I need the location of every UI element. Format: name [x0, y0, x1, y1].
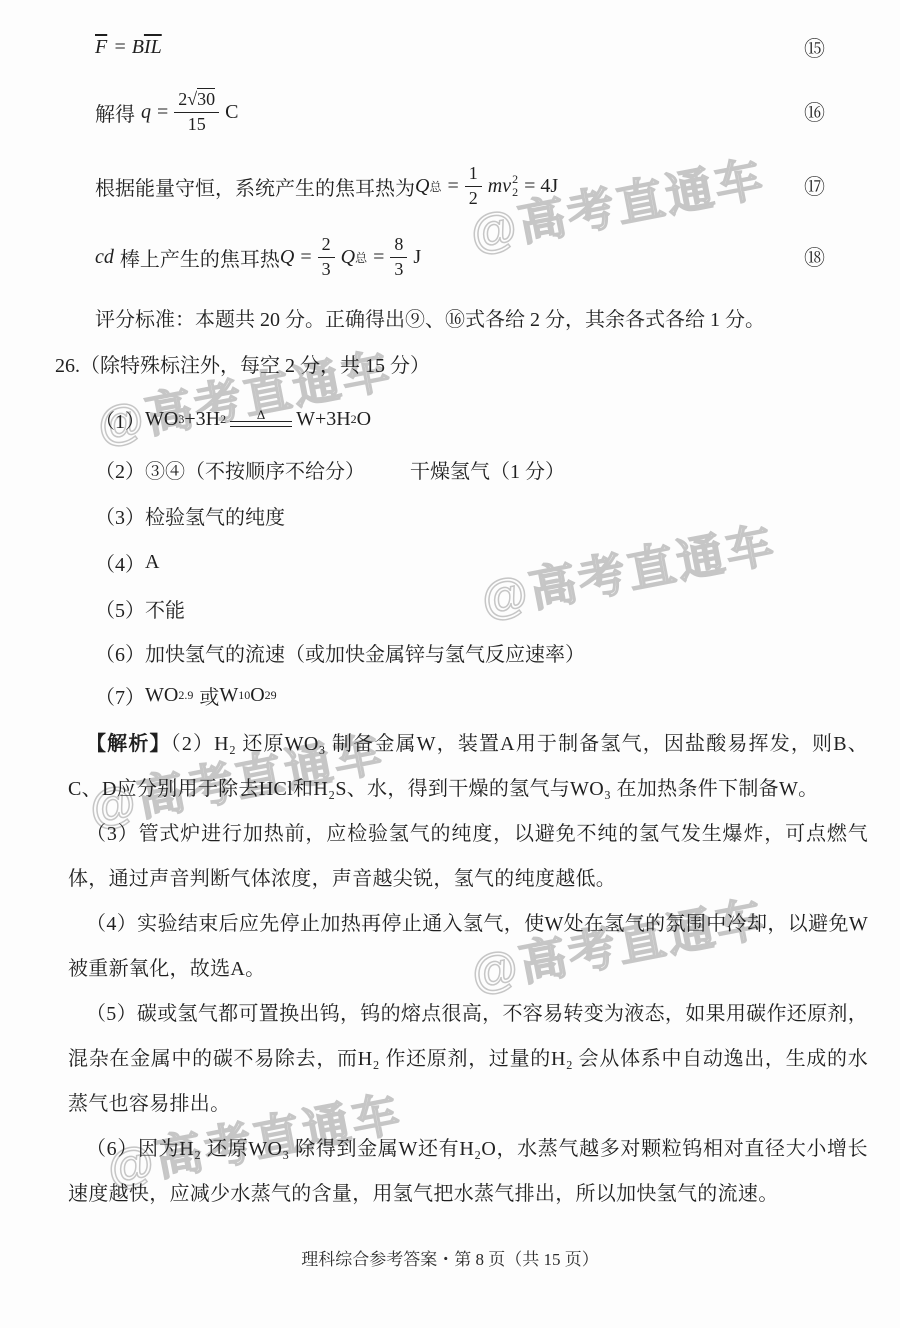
fraction-numerator: 2√30 — [174, 89, 219, 113]
fraction: 8 3 — [390, 234, 407, 280]
answer-note: 干燥氢气（1 分） — [410, 455, 565, 484]
analysis-label: 【解析】 — [86, 733, 171, 755]
formula-symbol: IL — [144, 36, 162, 59]
subscript: 2.9 — [178, 688, 193, 703]
unit-label: C — [225, 101, 238, 124]
analysis-section: 【解析】（2）H₂ 还原WO₃ 制备金属W，装置A用于制备氢气，因盐酸易挥发，则… — [68, 722, 868, 1217]
subscript: 2 — [220, 412, 226, 427]
chem-formula: W — [219, 684, 238, 707]
answer-text: 加快氢气的流速（或加快金属锌与氢气反应速率） — [145, 638, 585, 667]
answer-text: 不能 — [145, 594, 185, 623]
radicand: 30 — [197, 88, 215, 109]
analysis-text: （2）H₂ 还原WO₃ 制备金属W，装置A用于制备氢气，因盐酸易挥发，则B、C、… — [68, 733, 868, 800]
fraction-denominator: 3 — [318, 258, 335, 281]
formula-line-17: 根据能量守恒，系统产生的焦耳热为 Q总 = 1 2 mv 2 2 = 4J ⑰ — [95, 162, 825, 210]
scoring-text: 评分标准：本题共 20 分。正确得出⑨、⑯式各给 2 分，其余各式各给 1 分。 — [95, 303, 765, 332]
answer-line-3: （3） 检验氢气的纯度 — [95, 501, 855, 530]
analysis-paragraph: （4）实验结束后应先停止加热再停止通入氢气，使W处在氢气的氛围中冷却，以避免W被… — [68, 902, 868, 992]
answer-label: （2） — [95, 455, 145, 484]
subscript: 10 — [238, 688, 250, 703]
answer-line-6: （6） 加快氢气的流速（或加快金属锌与氢气反应速率） — [95, 638, 855, 667]
formula-symbol: cd — [95, 246, 114, 269]
formula-text: 棒上产生的焦耳热 — [120, 243, 280, 272]
fraction-denominator: 15 — [184, 113, 210, 136]
formula-line-18: cd 棒上产生的焦耳热 Q = 2 3 Q总 = 8 3 J ⑱ — [95, 228, 825, 286]
formula-line-15: F = B IL ⑮ — [95, 36, 825, 59]
sub-superscript: 2 2 — [512, 173, 518, 198]
subscript: 29 — [265, 688, 277, 703]
answer-sheet-page: @高考直通车 @高考直通车 @高考直通车 @高考直通车 @高考直通车 @高考直通… — [0, 0, 900, 1328]
subscript: 2 — [512, 186, 518, 199]
delta-symbol: Δ — [257, 408, 265, 421]
chem-formula: O — [250, 684, 264, 707]
answer-label: （7） — [95, 681, 145, 710]
answer-line-5: （5） 不能 — [95, 594, 855, 623]
equation-number: ⑯ — [804, 97, 825, 127]
answer-label: （3） — [95, 501, 145, 530]
answer-label: （1） — [95, 405, 145, 434]
question-26-header: 26.（除特殊标注外，每空 2 分，共 15 分） — [55, 349, 430, 378]
answer-line-7: （7） WO2.9 或 W10O29 — [95, 681, 855, 710]
fraction-denominator: 3 — [390, 258, 407, 281]
fraction-denominator: 2 — [465, 187, 482, 210]
fraction-numerator: 1 — [465, 163, 482, 187]
fraction-numerator: 2 — [318, 234, 335, 258]
reaction-equals-line — [230, 421, 292, 427]
subscript: 总 — [355, 249, 367, 266]
analysis-paragraph: （5）碳或氢气都可置换出钨，钨的熔点很高，不容易转变为液态，如果用碳作还原剂，混… — [68, 992, 868, 1127]
scoring-standard: 评分标准：本题共 20 分。正确得出⑨、⑯式各给 2 分，其余各式各给 1 分。 — [95, 303, 825, 332]
chem-formula: +3H — [184, 408, 220, 431]
page-footer: 理科综合参考答案・第 8 页（共 15 页） — [0, 1245, 900, 1270]
equals-sign: = — [157, 101, 168, 124]
answer-text: ③④（不按顺序不给分） — [145, 455, 365, 484]
answer-label: （6） — [95, 638, 145, 667]
formula-symbol: = B — [113, 36, 144, 59]
unit-label: J — [413, 246, 421, 269]
formula-symbol: q — [141, 101, 151, 124]
subscript: 总 — [429, 178, 441, 195]
chem-formula: W+3H — [296, 408, 351, 431]
formula-text: 根据能量守恒，系统产生的焦耳热为 — [95, 172, 415, 201]
analysis-paragraph: （6）因为H₂ 还原WO₃ 除得到金属W还有H₂O，水蒸气越多对颗粒钨相对直径大… — [68, 1127, 868, 1217]
fraction: 2√30 15 — [174, 89, 219, 135]
chem-formula: WO — [145, 408, 178, 431]
formula-text: 解得 — [95, 98, 135, 127]
equals-sign: = — [447, 175, 458, 198]
chem-formula: O — [357, 408, 371, 431]
analysis-paragraph: 【解析】（2）H₂ 还原WO₃ 制备金属W，装置A用于制备氢气，因盐酸易挥发，则… — [68, 722, 868, 812]
radical-coefficient: 2√ — [178, 89, 197, 109]
answer-text: 检验氢气的纯度 — [145, 501, 285, 530]
fraction-numerator: 8 — [390, 234, 407, 258]
formula-symbol: Q — [341, 246, 355, 269]
equation-number: ⑱ — [804, 242, 825, 272]
answer-text: 或 — [199, 681, 219, 710]
formula-result: = 4J — [524, 175, 558, 198]
answer-line-2: （2） ③④（不按顺序不给分） 干燥氢气（1 分） — [95, 455, 855, 484]
fraction: 1 2 — [465, 163, 482, 209]
equals-sign: = — [300, 246, 311, 269]
analysis-paragraph: （3）管式炉进行加热前，应检验氢气的纯度，以避免不纯的氢气发生爆炸，可点燃气体，… — [68, 812, 868, 902]
answer-text: A — [145, 551, 159, 574]
formula-symbol: Q — [280, 246, 294, 269]
answer-label: （4） — [95, 548, 145, 577]
formula-symbol: Q — [415, 175, 429, 198]
formula-symbol: F — [95, 36, 107, 59]
equation-number: ⑮ — [804, 33, 825, 63]
reaction-condition: Δ — [230, 408, 292, 427]
equation-number: ⑰ — [804, 171, 825, 201]
formula-line-16: 解得 q = 2√30 15 C ⑯ — [95, 84, 825, 140]
formula-symbol: mv — [488, 175, 511, 198]
equals-sign: = — [373, 246, 384, 269]
fraction: 2 3 — [318, 234, 335, 280]
answer-line-4: （4） A — [95, 548, 855, 577]
answer-line-1: （1） WO3+3H2 Δ W+3H2O — [95, 398, 855, 440]
chem-formula: WO — [145, 684, 178, 707]
answer-label: （5） — [95, 594, 145, 623]
